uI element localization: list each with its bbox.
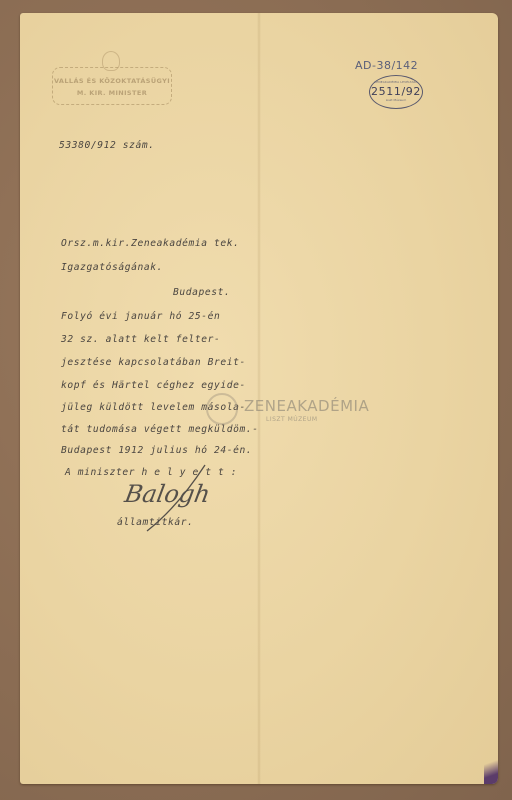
watermark-subtitle: LISZT MÚZEUM <box>266 416 318 423</box>
body-line: kopf és Härtel céghez egyide- <box>61 380 246 391</box>
body-line: Folyó évi január hó 25-én <box>61 311 220 322</box>
watermark: ZENEAKADÉMIA LISZT MÚZEUM <box>206 391 376 431</box>
stamp-number: 2511/92 <box>370 85 422 98</box>
ink-stain <box>484 754 498 784</box>
signer-title: államtitkár. <box>117 517 194 528</box>
body-line: 32 sz. alatt kelt felter- <box>61 334 220 345</box>
stamp-bottom-text: Liszt Múzeum <box>370 98 422 102</box>
recipient-line1: Orsz.m.kir.Zeneakadémia tek. <box>61 238 240 249</box>
archive-stamp: ZENEAKADÉMIA LEVÉLTÁRA 2511/92 Liszt Múz… <box>369 75 423 109</box>
watermark-title: ZENEAKADÉMIA <box>244 397 369 415</box>
document-page: VALLÁS ÉS KÖZOKTATÁSÜGYI M. KIR. MINISTE… <box>20 13 498 784</box>
recipient-city: Budapest. <box>173 287 230 298</box>
letterhead-stamp: VALLÁS ÉS KÖZOKTATÁSÜGYI M. KIR. MINISTE… <box>52 67 172 105</box>
letterhead-line2: M. KIR. MINISTER <box>53 87 171 99</box>
recipient-line2: Igazgatóságának. <box>61 262 163 273</box>
body-line: jesztése kapcsolatában Breit- <box>61 357 246 368</box>
academy-logo-icon <box>206 393 238 425</box>
reference-number: 53380/912 szám. <box>59 140 155 151</box>
stamp-top-text: ZENEAKADÉMIA LEVÉLTÁRA <box>370 80 422 84</box>
letterhead-line1: VALLÁS ÉS KÖZOKTATÁSÜGYI <box>53 75 171 87</box>
archive-reference: AD-38/142 <box>355 59 418 72</box>
date-line: Budapest 1912 julius hó 24-én. <box>61 445 252 456</box>
